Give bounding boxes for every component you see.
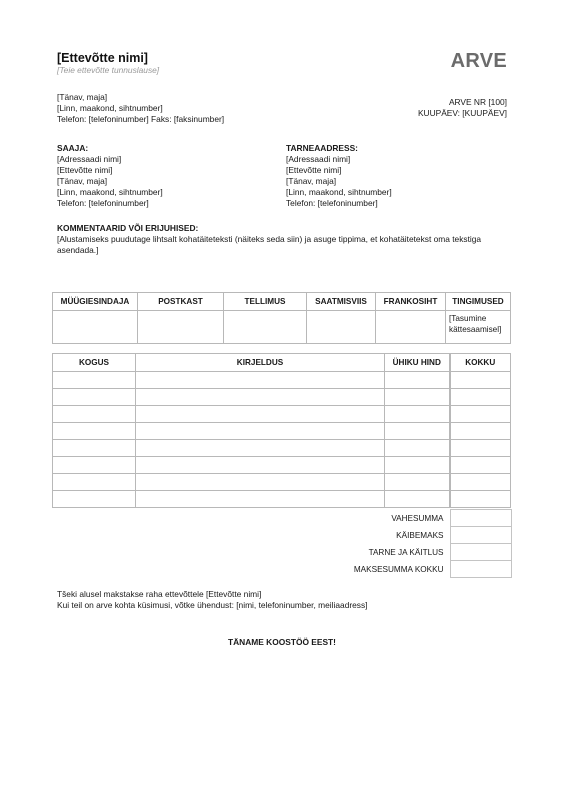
- total-due-row: MAKSESUMMA KOKKU: [52, 561, 511, 578]
- total-due-label: MAKSESUMMA KOKKU: [52, 561, 450, 578]
- unit-price-cell[interactable]: [385, 423, 450, 440]
- quantity-cell[interactable]: [53, 406, 136, 423]
- quantity-cell[interactable]: [53, 491, 136, 508]
- recipient-street[interactable]: [Tänav, maja]: [57, 176, 163, 187]
- line-total-cell[interactable]: [450, 474, 511, 491]
- company-city[interactable]: [Linn, maakond, sihtnumber]: [57, 103, 224, 114]
- company-phone-fax[interactable]: Telefon: [telefoninumber] Faks: [faksinu…: [57, 114, 224, 125]
- description-cell[interactable]: [136, 491, 385, 508]
- recipient-city[interactable]: [Linn, maakond, sihtnumber]: [57, 187, 163, 198]
- comments-heading: KOMMENTAARID VÕI ERIJUHISED:: [57, 223, 497, 234]
- order-cell[interactable]: [224, 311, 307, 344]
- quantity-cell[interactable]: [53, 457, 136, 474]
- header-quantity: KOGUS: [53, 354, 136, 372]
- sales-tax-value[interactable]: [450, 527, 511, 544]
- fob-cell[interactable]: [376, 311, 446, 344]
- shipping-city[interactable]: [Linn, maakond, sihtnumber]: [286, 187, 392, 198]
- description-cell[interactable]: [136, 474, 385, 491]
- items-table: KOGUS KIRJELDUS ÜHIKU HIND KOKKU: [52, 353, 511, 508]
- line-total-cell[interactable]: [450, 491, 511, 508]
- thank-you-message: TÄNAME KOOSTÖÖ EEST!: [0, 637, 564, 647]
- quantity-cell[interactable]: [53, 440, 136, 457]
- quantity-cell[interactable]: [53, 372, 136, 389]
- company-name[interactable]: [Ettevõtte nimi]: [57, 51, 148, 65]
- header-fob: FRANKOSIHT: [376, 293, 446, 311]
- unit-price-cell[interactable]: [385, 457, 450, 474]
- unit-price-cell[interactable]: [385, 440, 450, 457]
- comments-block: KOMMENTAARID VÕI ERIJUHISED: [Alustamise…: [57, 223, 497, 256]
- recipient-name[interactable]: [Adressaadi nimi]: [57, 154, 163, 165]
- payment-note[interactable]: Tšeki alusel makstakse raha ettevõttele …: [57, 589, 368, 600]
- line-total-cell[interactable]: [450, 389, 511, 406]
- line-total-cell[interactable]: [450, 423, 511, 440]
- header-order: TELLIMUS: [224, 293, 307, 311]
- unit-price-cell[interactable]: [385, 372, 450, 389]
- recipient-heading: SAAJA:: [57, 143, 163, 154]
- shipping-name[interactable]: [Adressaadi nimi]: [286, 154, 392, 165]
- invoice-meta: ARVE NR [100] KUUPÄEV: [KUUPÄEV]: [418, 97, 507, 119]
- shipping-company[interactable]: [Ettevõtte nimi]: [286, 165, 392, 176]
- shipping-heading: TARNEAADRESS:: [286, 143, 392, 154]
- recipient-block: SAAJA: [Adressaadi nimi] [Ettevõtte nimi…: [57, 143, 163, 209]
- order-info-row: [Tasumine kättesaamisel]: [53, 311, 511, 344]
- company-address: [Tänav, maja] [Linn, maakond, sihtnumber…: [57, 92, 224, 125]
- subtotal-value[interactable]: [450, 510, 511, 527]
- contact-note[interactable]: Kui teil on arve kohta küsimusi, võtke ü…: [57, 600, 368, 611]
- unit-price-cell[interactable]: [385, 406, 450, 423]
- line-total-cell[interactable]: [450, 440, 511, 457]
- ship-via-cell[interactable]: [307, 311, 376, 344]
- po-box-cell[interactable]: [138, 311, 224, 344]
- item-row: [53, 491, 511, 508]
- shipping-street[interactable]: [Tänav, maja]: [286, 176, 392, 187]
- header-sales-rep: MÜÜGIESINDAJA: [53, 293, 138, 311]
- subtotal-label: VAHESUMMA: [52, 510, 450, 527]
- item-row: [53, 372, 511, 389]
- unit-price-cell[interactable]: [385, 389, 450, 406]
- invoice-number[interactable]: ARVE NR [100]: [418, 97, 507, 108]
- line-total-cell[interactable]: [450, 372, 511, 389]
- unit-price-cell[interactable]: [385, 474, 450, 491]
- company-street[interactable]: [Tänav, maja]: [57, 92, 224, 103]
- items-header-row: KOGUS KIRJELDUS ÜHIKU HIND KOKKU: [53, 354, 511, 372]
- unit-price-cell[interactable]: [385, 491, 450, 508]
- terms-cell[interactable]: [Tasumine kättesaamisel]: [446, 311, 511, 344]
- document-title: ARVE: [451, 50, 507, 73]
- comments-text[interactable]: [Alustamiseks puudutage lihtsalt kohatäi…: [57, 234, 497, 256]
- header-description: KIRJELDUS: [136, 354, 385, 372]
- quantity-cell[interactable]: [53, 474, 136, 491]
- shipping-phone[interactable]: Telefon: [telefoninumber]: [286, 198, 392, 209]
- totals-table: VAHESUMMAKÄIBEMAKSTARNE JA KÄITLUSMAKSES…: [52, 509, 512, 578]
- description-cell[interactable]: [136, 457, 385, 474]
- shipping-handling-label: TARNE JA KÄITLUS: [52, 544, 450, 561]
- description-cell[interactable]: [136, 440, 385, 457]
- description-cell[interactable]: [136, 389, 385, 406]
- header-unit-price: ÜHIKU HIND: [385, 354, 450, 372]
- item-row: [53, 474, 511, 491]
- total-due-value[interactable]: [450, 561, 511, 578]
- footer-notes: Tšeki alusel makstakse raha ettevõttele …: [57, 589, 368, 611]
- description-cell[interactable]: [136, 423, 385, 440]
- header-line-total: KOKKU: [450, 354, 511, 372]
- order-info-header-row: MÜÜGIESINDAJA POSTKAST TELLIMUS SAATMISV…: [53, 293, 511, 311]
- sales-rep-cell[interactable]: [53, 311, 138, 344]
- quantity-cell[interactable]: [53, 389, 136, 406]
- header-ship-via: SAATMISVIIS: [307, 293, 376, 311]
- line-total-cell[interactable]: [450, 406, 511, 423]
- sales-tax-label: KÄIBEMAKS: [52, 527, 450, 544]
- sales-tax-row: KÄIBEMAKS: [52, 527, 511, 544]
- header-terms: TINGIMUSED: [446, 293, 511, 311]
- shipping-handling-row: TARNE JA KÄITLUS: [52, 544, 511, 561]
- shipping-handling-value[interactable]: [450, 544, 511, 561]
- recipient-phone[interactable]: Telefon: [telefoninumber]: [57, 198, 163, 209]
- item-row: [53, 423, 511, 440]
- item-row: [53, 406, 511, 423]
- recipient-company[interactable]: [Ettevõtte nimi]: [57, 165, 163, 176]
- quantity-cell[interactable]: [53, 423, 136, 440]
- description-cell[interactable]: [136, 406, 385, 423]
- invoice-date[interactable]: KUUPÄEV: [KUUPÄEV]: [418, 108, 507, 119]
- header-po-box: POSTKAST: [138, 293, 224, 311]
- item-row: [53, 389, 511, 406]
- order-info-table: MÜÜGIESINDAJA POSTKAST TELLIMUS SAATMISV…: [52, 292, 511, 344]
- description-cell[interactable]: [136, 372, 385, 389]
- company-tagline[interactable]: [Teie ettevõtte tunnuslause]: [57, 65, 159, 75]
- item-row: [53, 457, 511, 474]
- shipping-block: TARNEAADRESS: [Adressaadi nimi] [Ettevõt…: [286, 143, 392, 209]
- line-total-cell[interactable]: [450, 457, 511, 474]
- subtotal-row: VAHESUMMA: [52, 510, 511, 527]
- item-row: [53, 440, 511, 457]
